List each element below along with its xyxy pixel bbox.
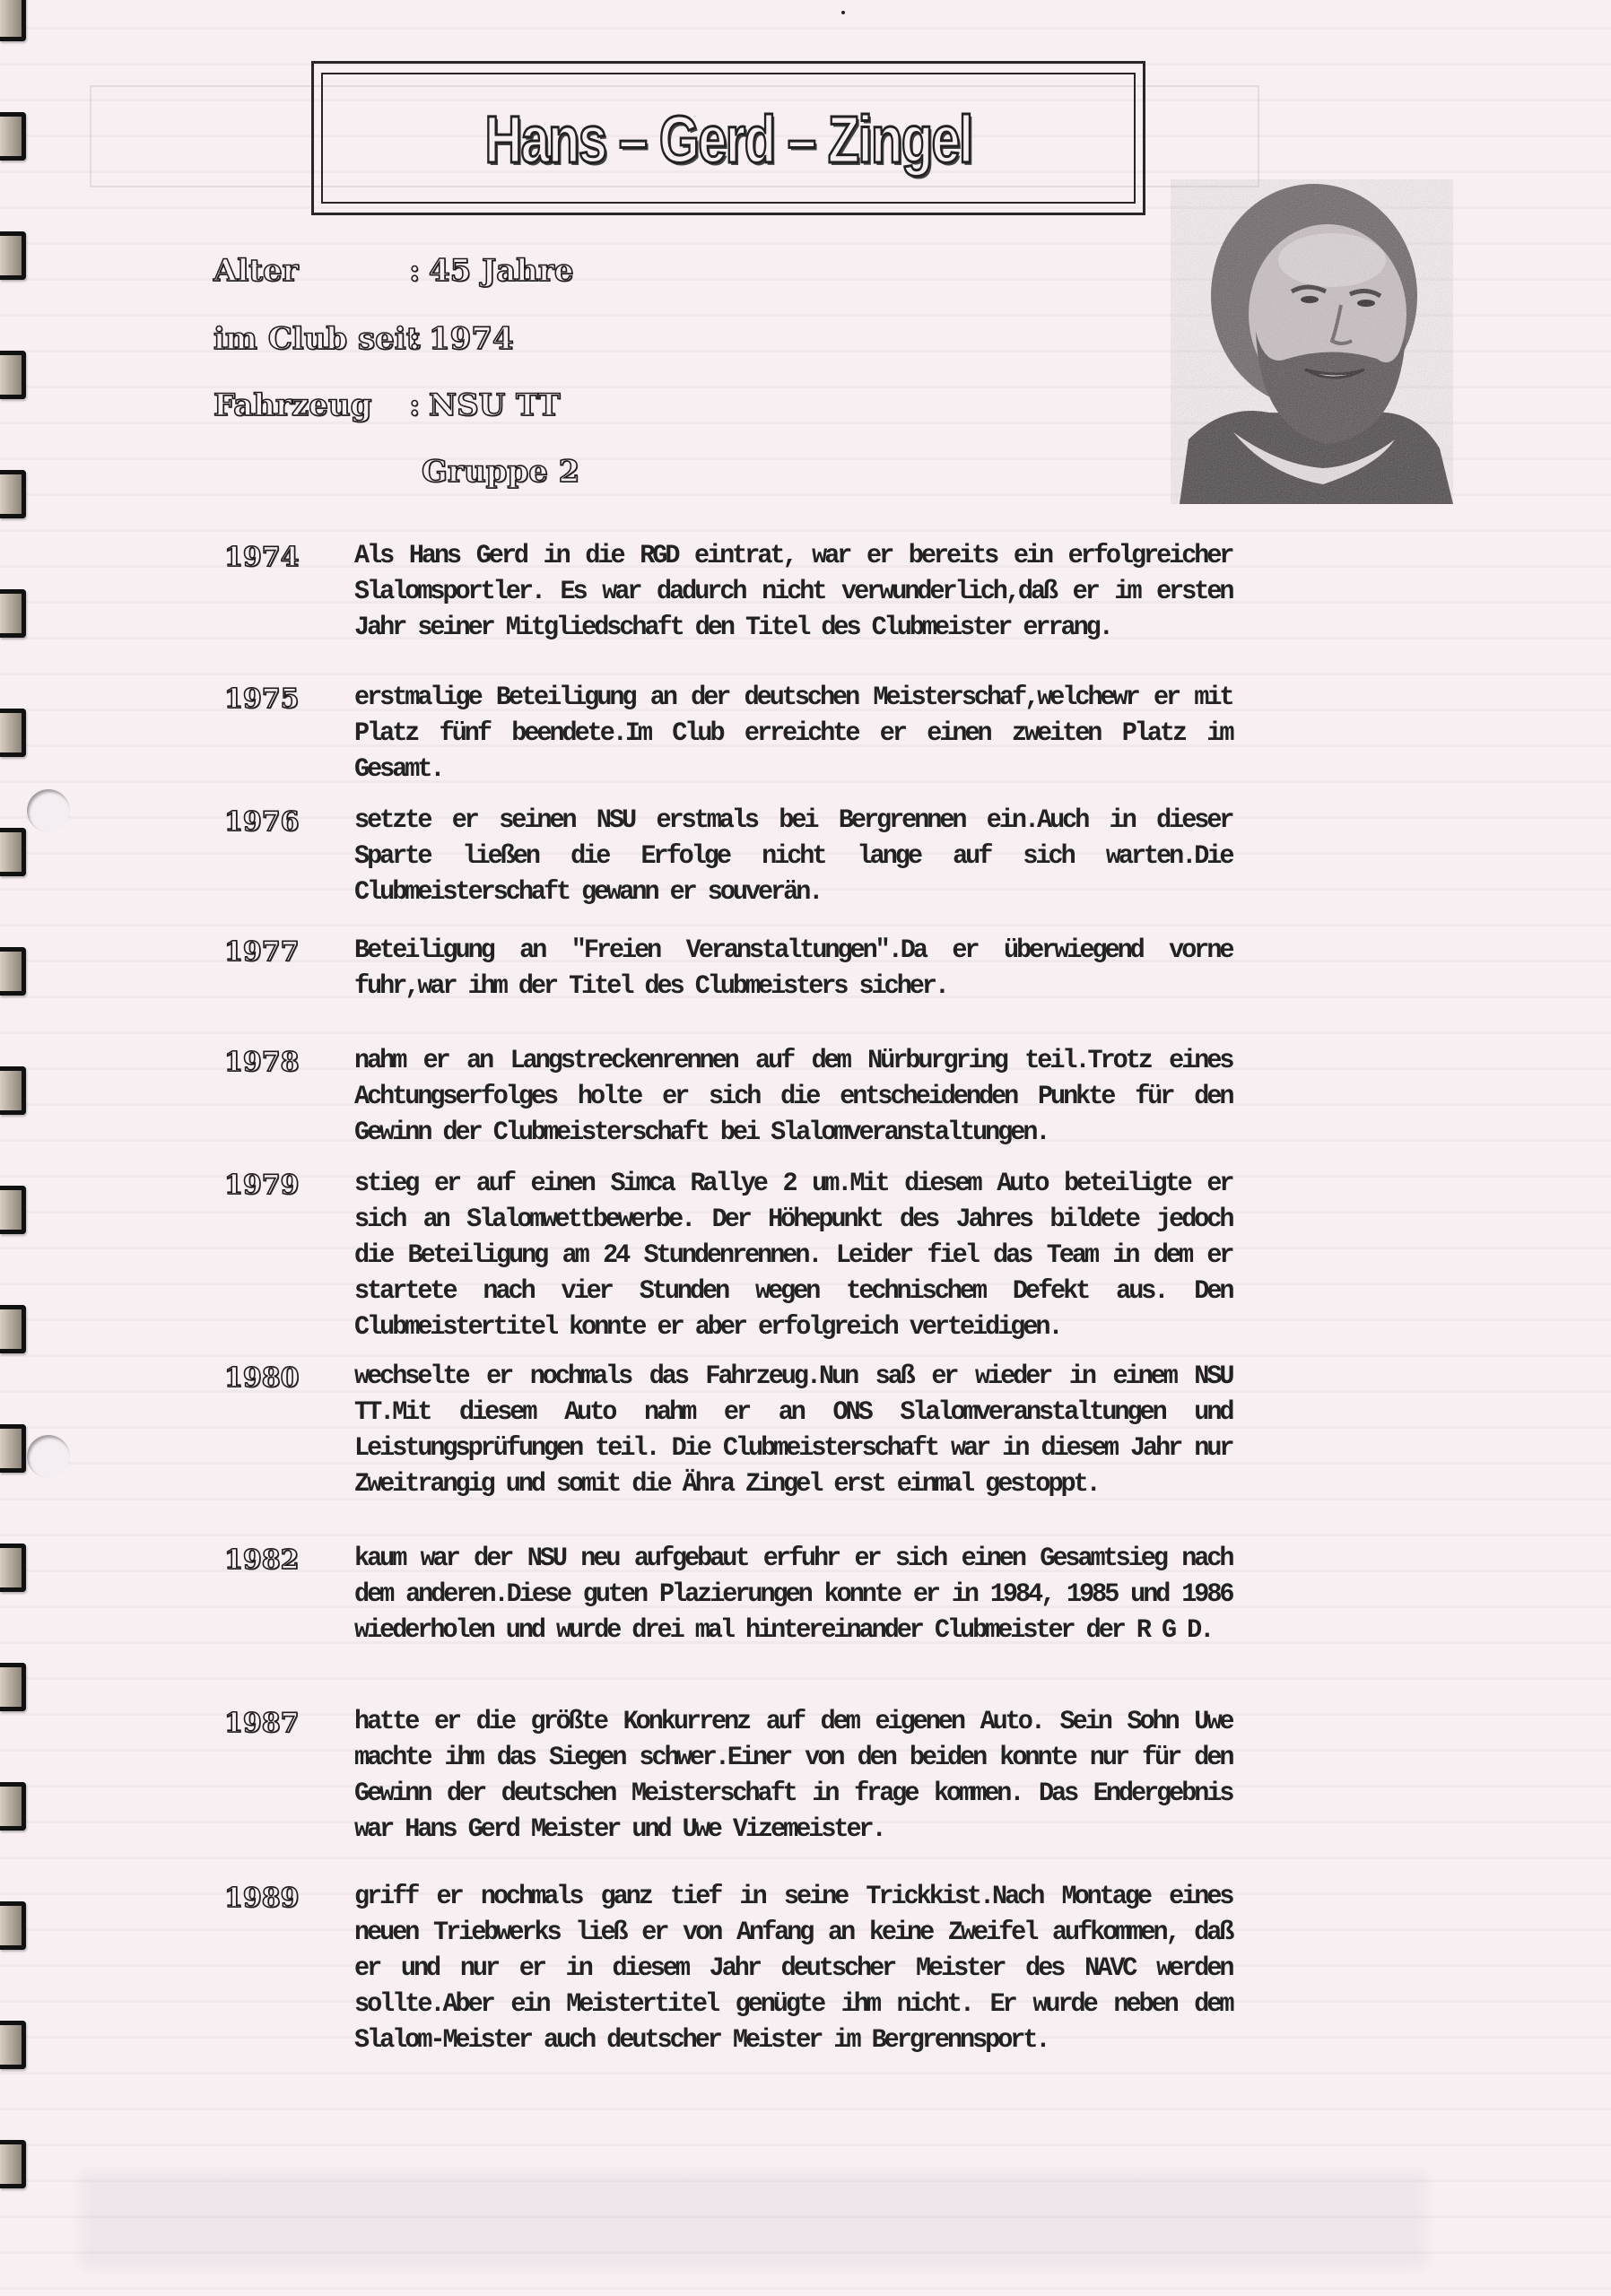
binder-ring	[0, 1544, 26, 1592]
timeline-year: 1975	[224, 683, 300, 715]
timeline-text: erstmalige Beteiligung an der deutschen …	[354, 680, 1232, 787]
binder-ring	[0, 947, 26, 996]
binder-ring	[0, 709, 26, 757]
timeline-text: hatte er die größte Konkurrenz auf dem e…	[354, 1704, 1232, 1848]
bleed-through-footer	[81, 2170, 1426, 2269]
portrait-image	[1171, 179, 1453, 504]
binder-ring	[0, 470, 26, 518]
binder-ring	[0, 231, 26, 280]
binder-ring	[0, 1186, 26, 1234]
page-title: Hans – Gerd – Zingel	[405, 101, 1052, 178]
binder-ring	[0, 2140, 26, 2188]
timeline-year: 1976	[224, 806, 300, 838]
timeline-year: 1987	[224, 1708, 300, 1739]
field-label: Fahrzeug	[213, 387, 371, 423]
timeline-year: 1974	[224, 542, 300, 573]
binder-ring	[0, 351, 26, 399]
timeline-year: 1977	[224, 936, 300, 968]
field-value: Gruppe 2	[422, 454, 579, 490]
punch-hole	[27, 1435, 70, 1478]
binder-ring	[0, 1901, 26, 1950]
portrait-photo	[1171, 179, 1453, 504]
binder-ring	[0, 1663, 26, 1711]
timeline-text: wechselte er nochmals das Fahrzeug.Nun s…	[354, 1359, 1232, 1502]
field-label: Alter	[213, 253, 299, 289]
timeline-text: griff er nochmals ganz tief in seine Tri…	[354, 1879, 1232, 2058]
title-box: Hans – Gerd – Zingel	[311, 61, 1145, 215]
speck	[841, 11, 845, 14]
timeline-year: 1979	[224, 1170, 300, 1201]
binder-ring	[0, 1424, 26, 1473]
binder-ring	[0, 0, 26, 41]
binder-ring	[0, 112, 26, 161]
field-value: NSU TT	[429, 387, 561, 423]
timeline-year: 1982	[224, 1544, 300, 1576]
field-colon: :	[409, 321, 421, 357]
punch-hole	[27, 789, 70, 832]
field-value: 45 Jahre	[429, 253, 574, 289]
timeline-text: stieg er auf einen Simca Rallye 2 um.Mit…	[354, 1166, 1232, 1345]
timeline-year: 1978	[224, 1047, 300, 1078]
binder-ring	[0, 589, 26, 638]
binder-ring	[0, 1066, 26, 1115]
field-colon: :	[409, 253, 421, 289]
binder-ring	[0, 828, 26, 876]
binder-ring	[0, 1782, 26, 1831]
timeline-year: 1980	[224, 1362, 300, 1394]
binder-ring	[0, 2021, 26, 2069]
timeline-text: Beteiligung an "Freien Veranstaltungen".…	[354, 933, 1232, 1004]
binder-ring	[0, 1305, 26, 1353]
field-colon: :	[409, 387, 421, 423]
timeline-text: kaum war der NSU neu aufgebaut erfuhr er…	[354, 1541, 1232, 1648]
timeline-text: Als Hans Gerd in die RGD eintrat, war er…	[354, 538, 1232, 646]
field-label: im Club seit	[213, 321, 420, 357]
timeline-year: 1989	[224, 1883, 300, 1914]
timeline-text: setzte er seinen NSU erstmals bei Bergre…	[354, 803, 1232, 910]
field-value: 1974	[429, 321, 514, 357]
timeline-text: nahm er an Langstreckenrennen auf dem Nü…	[354, 1043, 1232, 1151]
